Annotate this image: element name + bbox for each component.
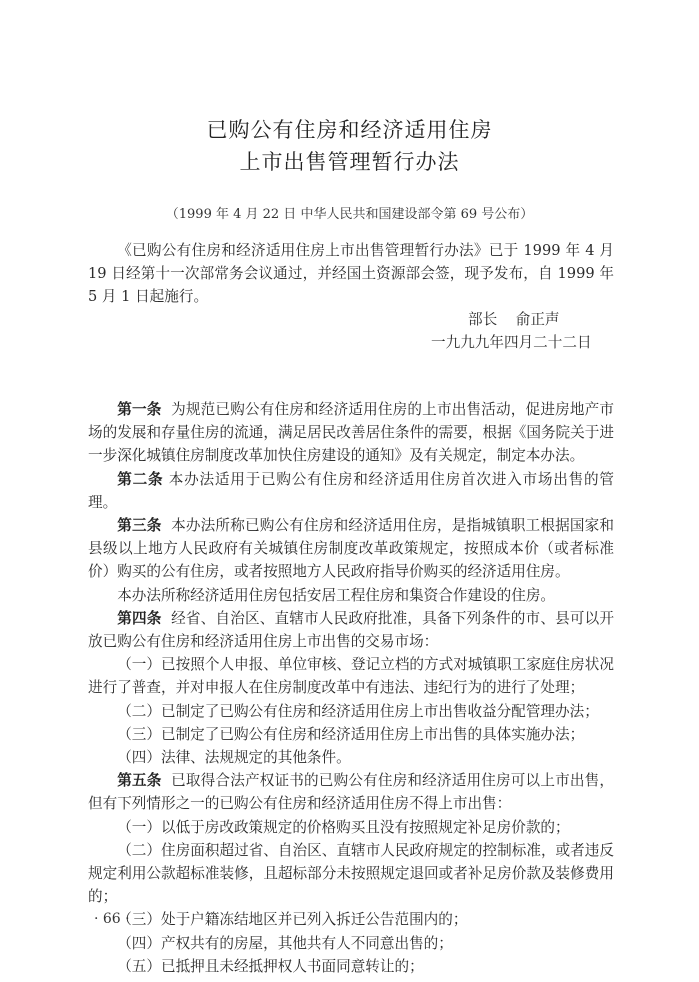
article-5-item-3: （三）处于户籍冻结地区并已列入拆迁公告范围内的；	[88, 908, 614, 931]
document-title-line-2: 上市出售管理暂行办法	[0, 146, 699, 176]
article-2: 第二条 本办法适用于已购公有住房和经济适用住房首次进入市场出售的管理。	[88, 468, 614, 514]
page-number: · 66 ·	[94, 911, 130, 927]
promulgation-note: （1999 年 4 月 22 日 中华人民共和国建设部令第 69 号公布）	[0, 203, 699, 222]
paragraph-text: 本办法所称经济适用住房包括安居工程住房和集资合作建设的住房。	[117, 587, 555, 604]
article-5-item-2: （二）住房面积超过省、自治区、直辖市人民政府规定的控制标准，或者违反规定利用公款…	[88, 839, 614, 909]
signature-date: 一九九九年四月二十二日	[431, 331, 592, 352]
article-4-item-1: （一）已按照个人申报、单位审核、登记立档的方式对城镇职工家庭住房状况进行了普查，…	[88, 653, 614, 699]
list-item-text: （三）处于户籍冻结地区并已列入拆迁公告范围内的；	[117, 911, 467, 928]
article-5: 第五条 已取得合法产权证书的已购公有住房和经济适用住房可以上市出售，但有下列情形…	[88, 769, 614, 815]
article-label: 第五条	[117, 772, 161, 789]
article-text: 已取得合法产权证书的已购公有住房和经济适用住房可以上市出售，但有下列情形之一的已…	[88, 772, 614, 812]
article-label: 第二条	[117, 471, 163, 488]
list-item-text: （一）以低于房改政策规定的价格购买且没有按照规定补足房价款的；	[117, 819, 569, 836]
list-item-text: （五）已抵押且未经抵押权人书面同意转让的；	[117, 958, 423, 975]
article-4-item-4: （四）法律、法规规定的其他条件。	[88, 746, 614, 769]
article-label: 第三条	[117, 517, 161, 534]
article-text: 经省、自治区、直辖市人民政府批准，具备下列条件的市、县可以开放已购公有住房和经济…	[88, 610, 614, 650]
article-label: 第四条	[117, 610, 161, 627]
list-item-text: （四）法律、法规规定的其他条件。	[117, 749, 351, 766]
list-item-text: （二）已制定了已购公有住房和经济适用住房上市出售收益分配管理办法；	[117, 703, 599, 720]
article-3: 第三条 本办法所称已购公有住房和经济适用住房，是指城镇职工根据国家和县级以上地方…	[88, 514, 614, 584]
article-1: 第一条 为规范已购公有住房和经济适用住房的上市出售活动，促进房地产市场的发展和存…	[88, 398, 614, 468]
article-text: 本办法所称已购公有住房和经济适用住房，是指城镇职工根据国家和县级以上地方人民政府…	[88, 517, 614, 580]
article-text: 本办法适用于已购公有住房和经济适用住房首次进入市场出售的管理。	[88, 471, 614, 511]
articles: 第一条 为规范已购公有住房和经济适用住房的上市出售活动，促进房地产市场的发展和存…	[88, 398, 614, 978]
preamble: 《已购公有住房和经济适用住房上市出售管理暂行办法》已于 1999 年 4 月 1…	[88, 239, 614, 309]
list-item-text: （二）住房面积超过省、自治区、直辖市人民政府规定的控制标准，或者违反规定利用公款…	[88, 842, 614, 905]
article-label: 第一条	[117, 401, 161, 418]
document-title-line-1: 已购公有住房和经济适用住房	[0, 114, 699, 144]
article-5-item-4: （四）产权共有的房屋，其他共有人不同意出售的；	[88, 932, 614, 955]
list-item-text: （三）已制定了已购公有住房和经济适用住房上市出售的具体实施办法；	[117, 726, 584, 743]
article-5-item-5: （五）已抵押且未经抵押权人书面同意转让的；	[88, 955, 614, 978]
article-4-item-2: （二）已制定了已购公有住房和经济适用住房上市出售收益分配管理办法；	[88, 700, 614, 723]
article-text: 为规范已购公有住房和经济适用住房的上市出售活动，促进房地产市场的发展和存量住房的…	[88, 401, 614, 464]
signatory: 部长 俞正声	[468, 308, 560, 329]
article-4-item-3: （三）已制定了已购公有住房和经济适用住房上市出售的具体实施办法；	[88, 723, 614, 746]
list-item-text: （一）已按照个人申报、单位审核、登记立档的方式对城镇职工家庭住房状况进行了普查，…	[88, 656, 614, 696]
article-4: 第四条 经省、自治区、直辖市人民政府批准，具备下列条件的市、县可以开放已购公有住…	[88, 607, 614, 653]
list-item-text: （四）产权共有的房屋，其他共有人不同意出售的；	[117, 935, 453, 952]
article-5-item-1: （一）以低于房改政策规定的价格购买且没有按照规定补足房价款的；	[88, 816, 614, 839]
preamble-text: 《已购公有住房和经济适用住房上市出售管理暂行办法》已于 1999 年 4 月 1…	[88, 239, 614, 309]
article-3-para-2: 本办法所称经济适用住房包括安居工程住房和集资合作建设的住房。	[88, 584, 614, 607]
